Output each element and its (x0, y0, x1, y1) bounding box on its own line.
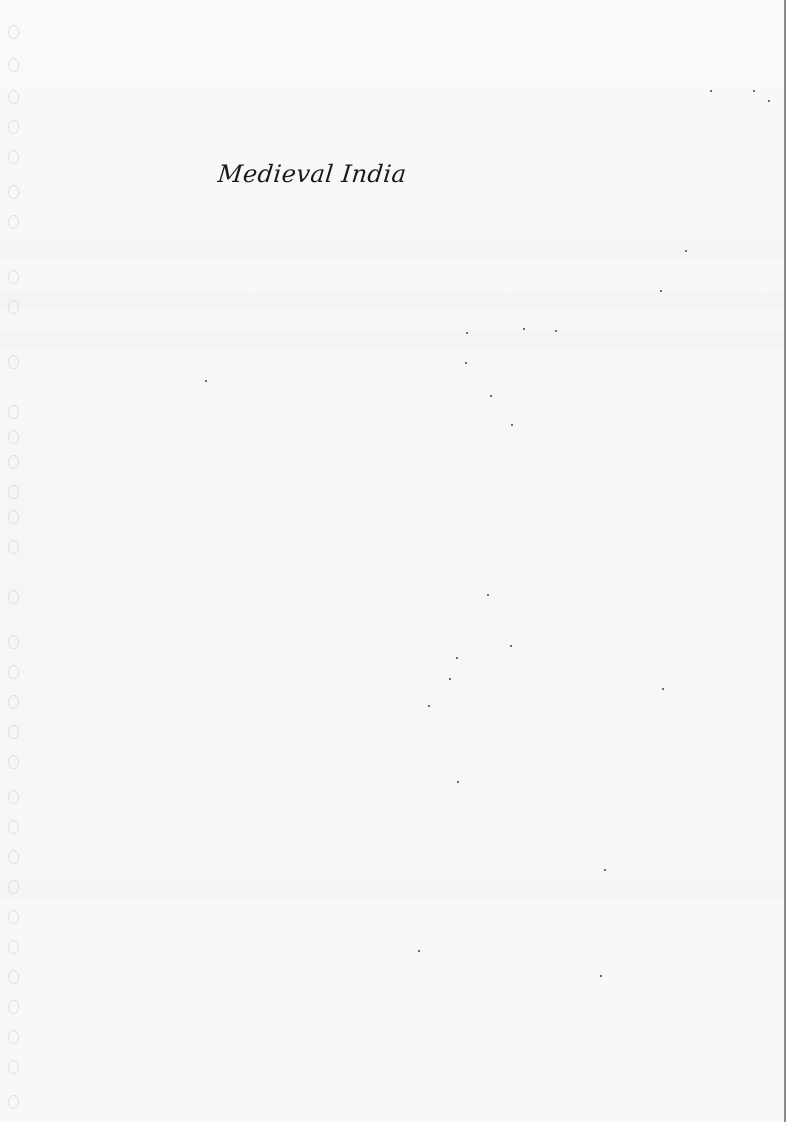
binding-hole-icon (8, 590, 19, 604)
binding-hole-icon (8, 1000, 19, 1014)
binding-hole-icon (8, 695, 19, 709)
binding-hole-icon (8, 120, 19, 134)
binding-hole-icon (8, 1030, 19, 1044)
speck (490, 395, 492, 397)
speck (466, 332, 468, 334)
binding-hole-icon (8, 790, 19, 804)
speck (465, 362, 467, 364)
binding-hole-icon (8, 430, 19, 444)
speck (418, 950, 420, 952)
speck (511, 424, 513, 426)
speck (449, 678, 451, 680)
speck (604, 869, 606, 871)
binding-hole-icon (8, 300, 19, 314)
speck (660, 290, 662, 292)
speck (457, 781, 459, 783)
binding-hole-icon (8, 90, 19, 104)
binding-hole-icon (8, 910, 19, 924)
binding-hole-icon (8, 455, 19, 469)
binding-hole-icon (8, 1060, 19, 1074)
speck (753, 90, 755, 92)
scan-band (0, 880, 785, 898)
binding-hole-icon (8, 880, 19, 894)
binding-hole-icon (8, 635, 19, 649)
binding-hole-icon (8, 355, 19, 369)
binding-hole-icon (8, 820, 19, 834)
speck (710, 90, 712, 92)
binding-hole-icon (8, 755, 19, 769)
notebook-page: Medieval India (0, 0, 785, 1122)
binding-hole-icon (8, 150, 19, 164)
binding-hole-icon (8, 405, 19, 419)
speck (456, 657, 458, 659)
binding-hole-icon (8, 665, 19, 679)
binding-hole-icon (8, 25, 19, 39)
speck (205, 380, 207, 382)
binding-hole-icon (8, 850, 19, 864)
speck (487, 594, 489, 596)
speck (428, 705, 430, 707)
binding-hole-icon (8, 510, 19, 524)
page-title: Medieval India (217, 160, 408, 188)
binding-hole-icon (8, 58, 19, 72)
speck (510, 645, 512, 647)
binding-hole-icon (8, 185, 19, 199)
binding-hole-icon (8, 540, 19, 554)
speck (685, 250, 687, 252)
speck (555, 330, 557, 332)
binding-hole-icon (8, 215, 19, 229)
scan-band (0, 330, 785, 348)
binding-hole-icon (8, 1095, 19, 1109)
binding-hole-icon (8, 725, 19, 739)
binding-hole-icon (8, 940, 19, 954)
speck (523, 328, 525, 330)
scan-band (0, 292, 785, 310)
binding-hole-icon (8, 485, 19, 499)
binding-hole-icon (8, 270, 19, 284)
speck (768, 100, 770, 102)
scan-band (0, 240, 785, 258)
binding-hole-icon (8, 970, 19, 984)
speck (600, 975, 602, 977)
scan-margin (786, 0, 793, 1122)
speck (662, 688, 664, 690)
